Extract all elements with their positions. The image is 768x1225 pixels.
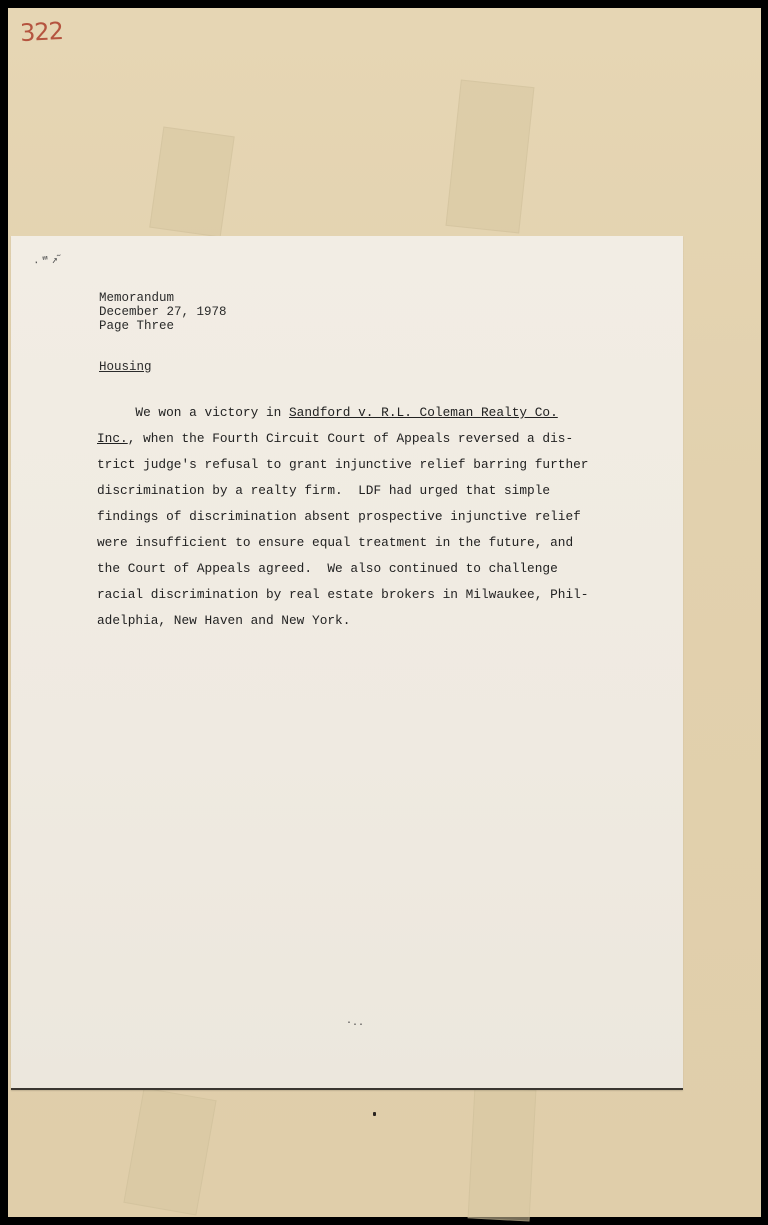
memo-page: · ‴ ↗˜ Memorandum December 27, 1978 Page… bbox=[11, 236, 683, 1090]
tape-strip bbox=[123, 1087, 216, 1215]
memo-type: Memorandum bbox=[99, 291, 227, 305]
case-name: Sandford v. R.L. Coleman Realty Co. bbox=[289, 405, 558, 420]
tape-strip bbox=[446, 80, 535, 234]
paragraph-line: trict judge's refusal to grant injunctiv… bbox=[97, 452, 617, 478]
paragraph-line: the Court of Appeals agreed. We also con… bbox=[97, 556, 617, 582]
paragraph-line: adelphia, New Haven and New York. bbox=[97, 608, 617, 634]
memo-page-label: Page Three bbox=[99, 319, 227, 333]
tape-strip bbox=[468, 1086, 537, 1221]
paragraph-line: discrimination by a realty firm. LDF had… bbox=[97, 478, 617, 504]
handwritten-page-number: 322 bbox=[19, 17, 63, 47]
paragraph-line: racial discrimination by real estate bro… bbox=[97, 582, 617, 608]
text-run: , when the Fourth Circuit Court of Appea… bbox=[128, 431, 573, 446]
ink-speck bbox=[373, 1112, 376, 1116]
text-run: We won a victory in bbox=[97, 405, 289, 420]
section-title-housing: Housing bbox=[99, 360, 152, 374]
housing-paragraph: We won a victory in Sandford v. R.L. Col… bbox=[97, 400, 617, 634]
memo-header: Memorandum December 27, 1978 Page Three bbox=[99, 291, 227, 333]
stray-marks: ·.. bbox=[346, 1018, 364, 1029]
tape-strip bbox=[149, 126, 234, 237]
paragraph-line: We won a victory in Sandford v. R.L. Col… bbox=[97, 400, 617, 426]
memo-date: December 27, 1978 bbox=[99, 305, 227, 319]
paragraph-line: findings of discrimination absent prospe… bbox=[97, 504, 617, 530]
paragraph-line: were insufficient to ensure equal treatm… bbox=[97, 530, 617, 556]
paragraph-line: Inc., when the Fourth Circuit Court of A… bbox=[97, 426, 617, 452]
pencil-smudge: · ‴ ↗˜ bbox=[32, 252, 61, 270]
case-name: Inc. bbox=[97, 431, 128, 446]
